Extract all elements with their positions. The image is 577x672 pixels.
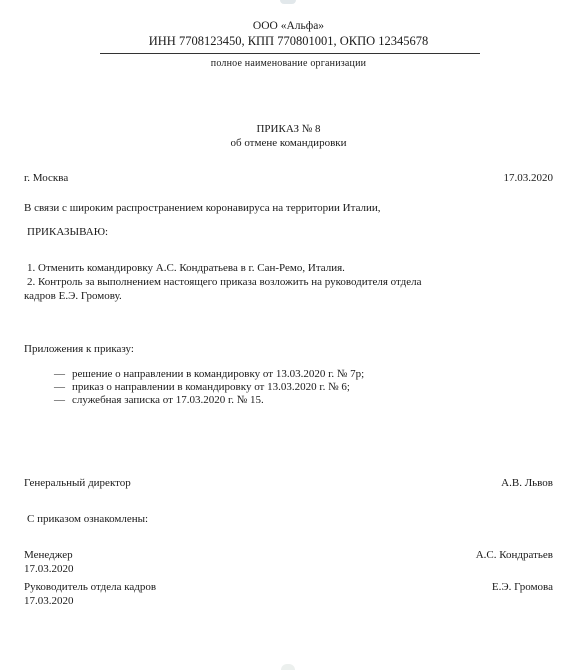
- signer-date: 17.03.2020: [24, 563, 74, 575]
- signer-role: Руководитель отдела кадров: [24, 581, 156, 593]
- dash-bullet: —: [54, 368, 72, 381]
- organization-name: ООО «Альфа»: [0, 20, 577, 32]
- attachments-title: Приложения к приказу:: [24, 343, 134, 355]
- order-item-2: 2. Контроль за выполнением настоящего пр…: [27, 276, 422, 288]
- order-preamble: В связи с широким распространением корон…: [24, 202, 381, 214]
- organization-underline: [100, 53, 480, 54]
- signer-name: А.С. Кондратьев: [476, 549, 553, 561]
- signer-date: 17.03.2020: [24, 595, 74, 607]
- order-city: г. Москва: [24, 172, 68, 184]
- order-directive-word: ПРИКАЗЫВАЮ:: [27, 226, 108, 238]
- attachments-list: —решение о направлении в командировку от…: [54, 368, 364, 407]
- order-item-2-continuation: кадров Е.Э. Громову.: [24, 290, 122, 302]
- dash-bullet: —: [54, 381, 72, 394]
- dash-bullet: —: [54, 394, 72, 407]
- attachment-item: —решение о направлении в командировку от…: [54, 368, 364, 381]
- attachment-item: —приказ о направлении в командировку от …: [54, 381, 364, 394]
- organization-caption: полное наименование организации: [0, 58, 577, 69]
- attachment-item: —служебная записка от 17.03.2020 г. № 15…: [54, 394, 364, 407]
- order-subtitle: об отмене командировки: [0, 137, 577, 149]
- director-title: Генеральный директор: [24, 477, 131, 489]
- signer-name: Е.Э. Громова: [492, 581, 553, 593]
- scan-artifact-bottom: [281, 664, 295, 670]
- acquainted-label: С приказом ознакомлены:: [27, 513, 148, 525]
- scan-artifact-top: [280, 0, 296, 4]
- organization-codes: ИНН 7708123450, КПП 770801001, ОКПО 1234…: [0, 34, 577, 49]
- order-item-1: 1. Отменить командировку А.С. Кондратьев…: [27, 262, 345, 274]
- director-name: А.В. Львов: [501, 477, 553, 489]
- order-title: ПРИКАЗ № 8: [0, 123, 577, 135]
- signer-role: Менеджер: [24, 549, 73, 561]
- order-date: 17.03.2020: [504, 172, 554, 184]
